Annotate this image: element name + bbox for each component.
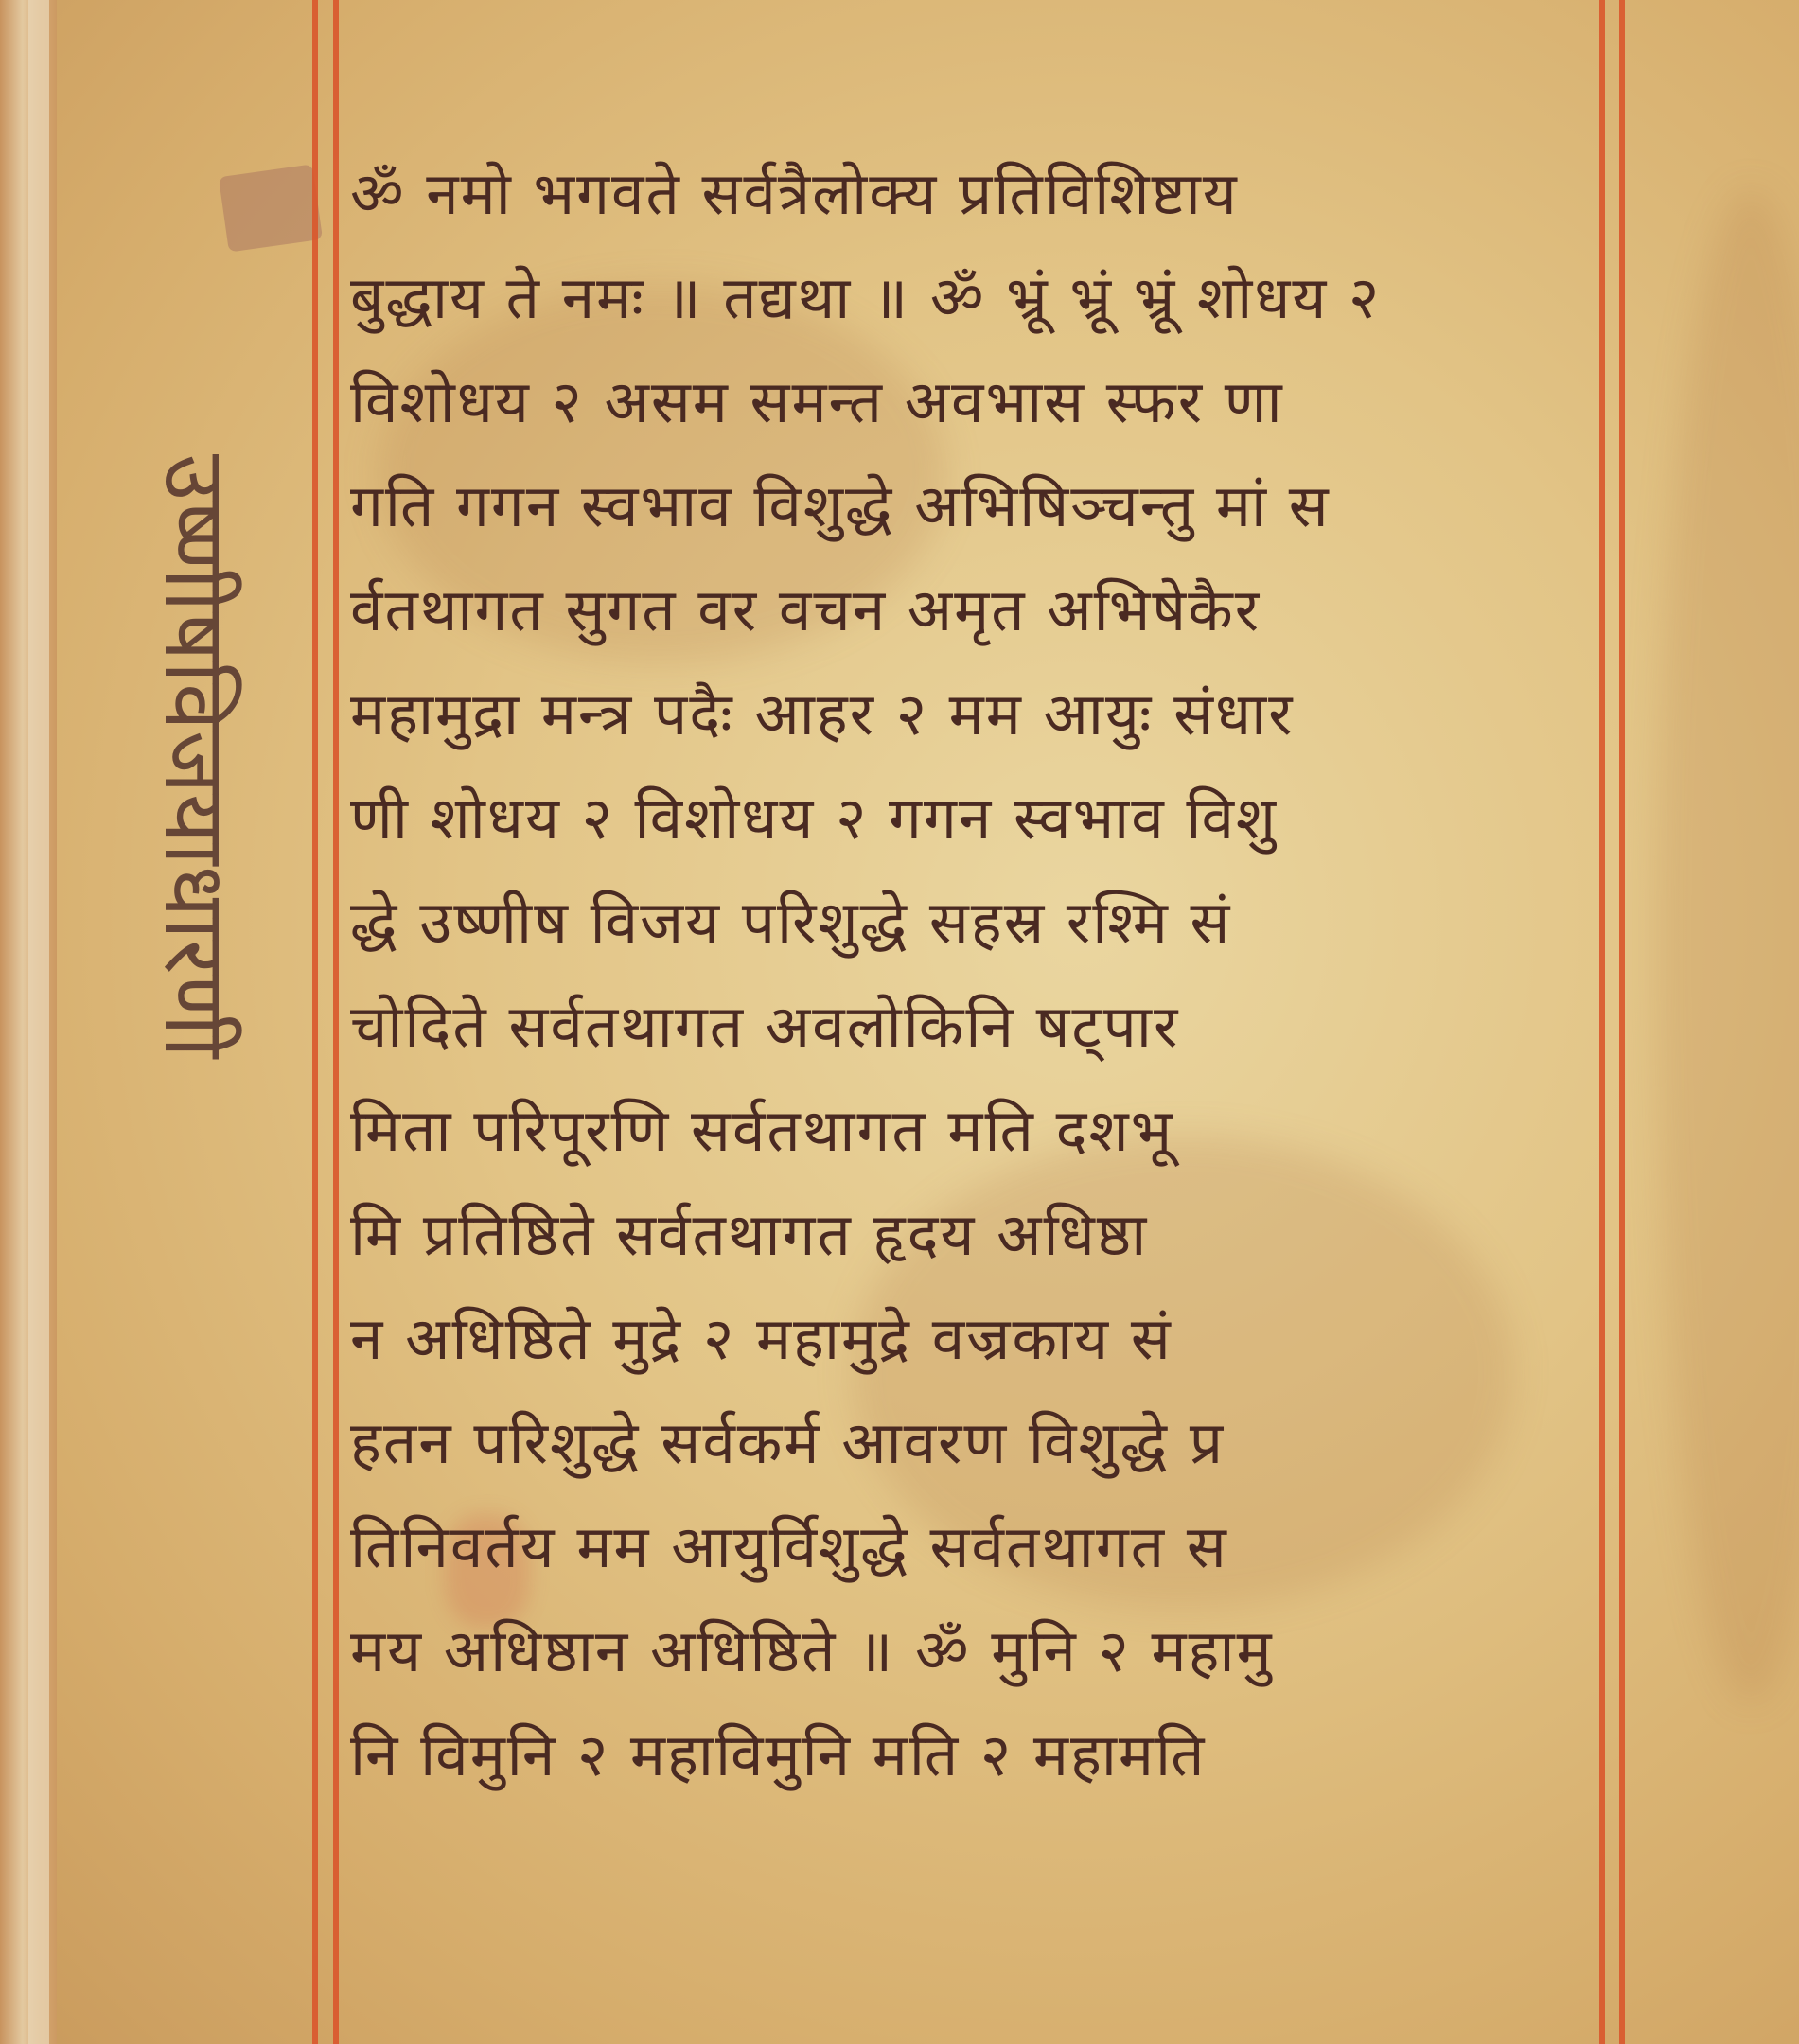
text-line: हतन परिशुद्धे सर्वकर्म आवरण विशुद्धे प्र: [350, 1391, 1599, 1495]
folio-left-edge: [0, 0, 57, 2044]
text-line: तिनिवर्तय मम आयुर्विशुद्धे सर्वतथागत स: [350, 1495, 1599, 1599]
text-line: महामुद्रा मन्त्र पदैः आहर २ मम आयुः संधा…: [350, 662, 1599, 766]
text-line: मय अधिष्ठान अधिष्ठिते ॥ ॐ मुनि २ महामु: [350, 1599, 1599, 1703]
paper-stain: [1656, 189, 1799, 1703]
manuscript-page: उष्णीषविजयाधारणी ॐ नमो भगवते सर्वत्रैलोक…: [0, 0, 1799, 2044]
manuscript-text: ॐ नमो भगवते सर्वत्रैलोक्य प्रतिविशिष्टाय…: [350, 142, 1599, 1807]
margin-title: उष्णीषविजयाधारणी: [123, 454, 265, 1448]
text-line: नि विमुनि २ महाविमुनि मति २ महामति: [350, 1703, 1599, 1807]
text-line: गति गगन स्वभाव विशुद्धे अभिषिञ्चन्तु मां…: [350, 454, 1599, 558]
text-line: चोदिते सर्वतथागत अवलोकिनि षट्पार: [350, 975, 1599, 1079]
text-line: मिता परिपूरणि सर्वतथागत मति दशभू: [350, 1079, 1599, 1183]
folio-fold: [28, 0, 49, 2044]
text-line: ॐ नमो भगवते सर्वत्रैलोक्य प्रतिविशिष्टाय: [350, 142, 1599, 246]
right-rule-line-inner: [1599, 0, 1605, 2044]
ink-patch: [219, 164, 323, 252]
text-line: विशोधय २ असम समन्त अवभास स्फर णा: [350, 350, 1599, 454]
text-line: द्धे उष्णीष विजय परिशुद्धे सहस्र रश्मि स…: [350, 871, 1599, 975]
right-rule-line-outer: [1619, 0, 1625, 2044]
text-line: मि प्रतिष्ठिते सर्वतथागत हृदय अधिष्ठा: [350, 1183, 1599, 1287]
left-rule-line-outer: [312, 0, 318, 2044]
left-rule-line-inner: [333, 0, 339, 2044]
text-line: णी शोधय २ विशोधय २ गगन स्वभाव विशु: [350, 766, 1599, 871]
text-line: न अधिष्ठिते मुद्रे २ महामुद्रे वज्रकाय स…: [350, 1287, 1599, 1391]
text-line: र्वतथागत सुगत वर वचन अमृत अभिषेकैर: [350, 558, 1599, 662]
text-line: बुद्धाय ते नमः ॥ तद्यथा ॥ ॐ भ्रूं भ्रूं …: [350, 246, 1599, 350]
